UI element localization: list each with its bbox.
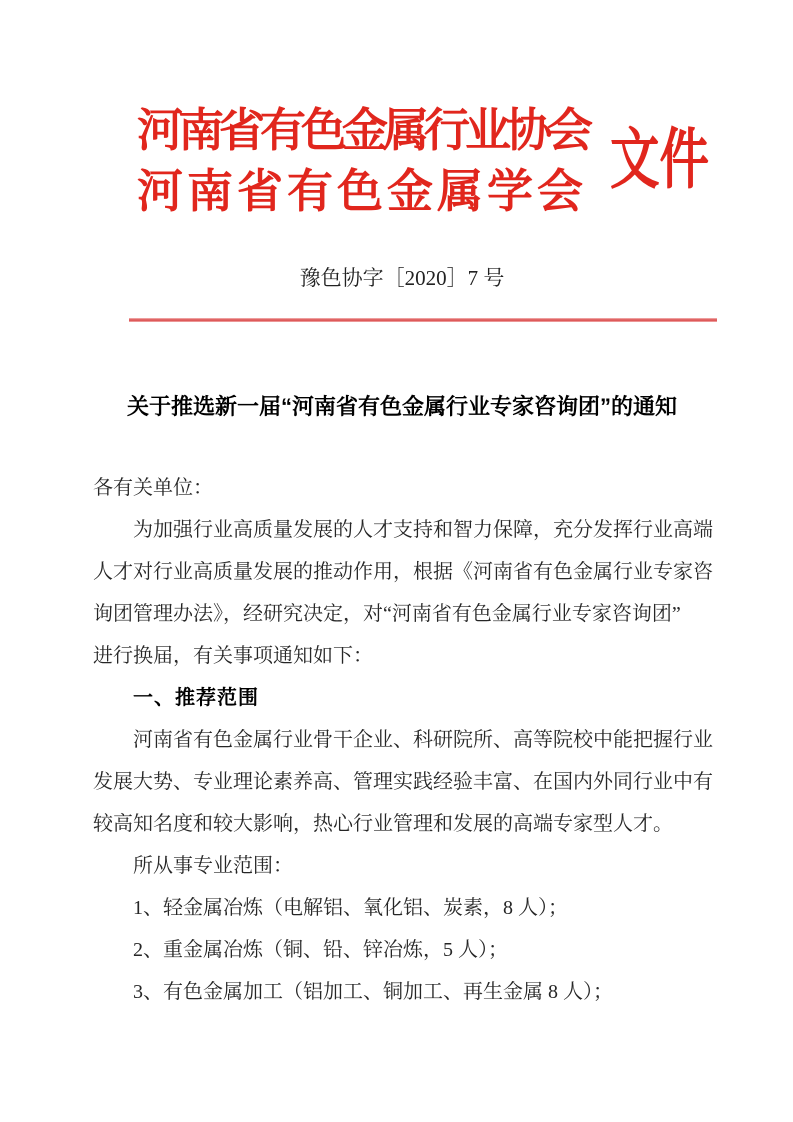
org-name-line1: 河南省有色金属行业协会 [137,100,607,161]
document-page: 河南省有色金属行业协会 河南省有色金属学会 文件 豫色协字［2020］7 号 关… [0,0,793,1122]
salutation: 各有关单位： [93,467,717,509]
list-item-3: 3、有色金属加工（铝加工、铜加工、再生金属 8 人）； [93,971,717,1013]
document-mark: 文件 [610,126,709,196]
org-name-line2: 河南省有色金属学会 [137,161,607,222]
list-item-1: 1、轻金属冶炼（电解铝、氧化铝、炭素，8 人）； [93,887,717,929]
intro-line-4: 进行换届，有关事项通知如下： [93,635,717,677]
letterhead: 河南省有色金属行业协会 河南省有色金属学会 文件 [0,0,793,240]
intro-line-1: 为加强行业高质量发展的人才支持和智力保障，充分发挥行业高端 [93,509,717,551]
scope-line-2: 发展大势、专业理论素养高、管理实践经验丰富、在国内外同行业中有 [93,761,717,803]
intro-line-2: 人才对行业高质量发展的推动作用，根据《河南省有色金属行业专家咨 [93,551,717,593]
body-text: 各有关单位： 为加强行业高质量发展的人才支持和智力保障，充分发挥行业高端 人才对… [93,467,717,1013]
document-number: 豫色协字［2020］7 号 [93,263,711,293]
specialty-scope-label: 所从事专业范围： [93,845,717,887]
scope-line-1: 河南省有色金属行业骨干企业、科研院所、高等院校中能把握行业 [93,719,717,761]
intro-line-3: 询团管理办法》，经研究决定，对“河南省有色金属行业专家咨询团” [93,593,717,635]
red-divider-line [129,318,717,322]
section-1-heading: 一、推荐范围 [93,677,717,719]
notice-title: 关于推选新一届“河南省有色金属行业专家咨询团”的通知 [93,391,711,423]
scope-line-3: 较高知名度和较大影响，热心行业管理和发展的高端专家型人才。 [93,803,717,845]
list-item-2: 2、重金属冶炼（铜、铅、锌冶炼，5 人）； [93,929,717,971]
